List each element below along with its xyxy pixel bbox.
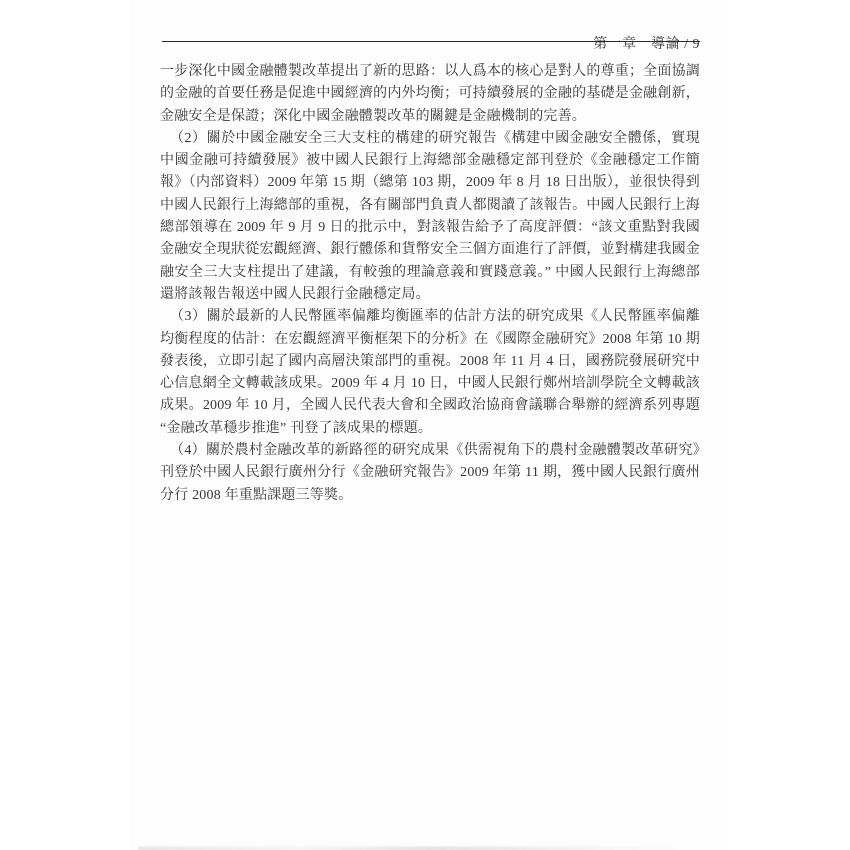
body-text: 一步深化中國金融體製改革提出了新的思路：以人爲本的核心是對人的尊重；全面協調的金…	[160, 61, 700, 507]
paragraph-continuation: 一步深化中國金融體製改革提出了新的思路：以人爲本的核心是對人的尊重；全面協調的金…	[160, 61, 700, 128]
book-page: 第一章 導論 / 9 一步深化中國金融體製改革提出了新的思路：以人爲本的核心是對…	[130, 0, 722, 850]
header-rule	[162, 41, 700, 42]
paragraph-item-3: （3）關於最新的人民幣匯率偏離均衡匯率的估計方法的研究成果《人民幣匯率偏離均衡程…	[160, 306, 700, 440]
paragraph-item-4: （4）關於農村金融改革的新路徑的研究成果《供需視角下的農村金融體製改革研究》刊登…	[160, 440, 700, 507]
running-header-text: 第一章 導論 / 9	[593, 37, 700, 52]
page-background: 第一章 導論 / 9 一步深化中國金融體製改革提出了新的思路：以人爲本的核心是對…	[0, 0, 850, 850]
paragraph-item-2: （2）關於中國金融安全三大支柱的構建的研究報告《構建中國金融安全體係，實現中國金…	[160, 128, 700, 306]
